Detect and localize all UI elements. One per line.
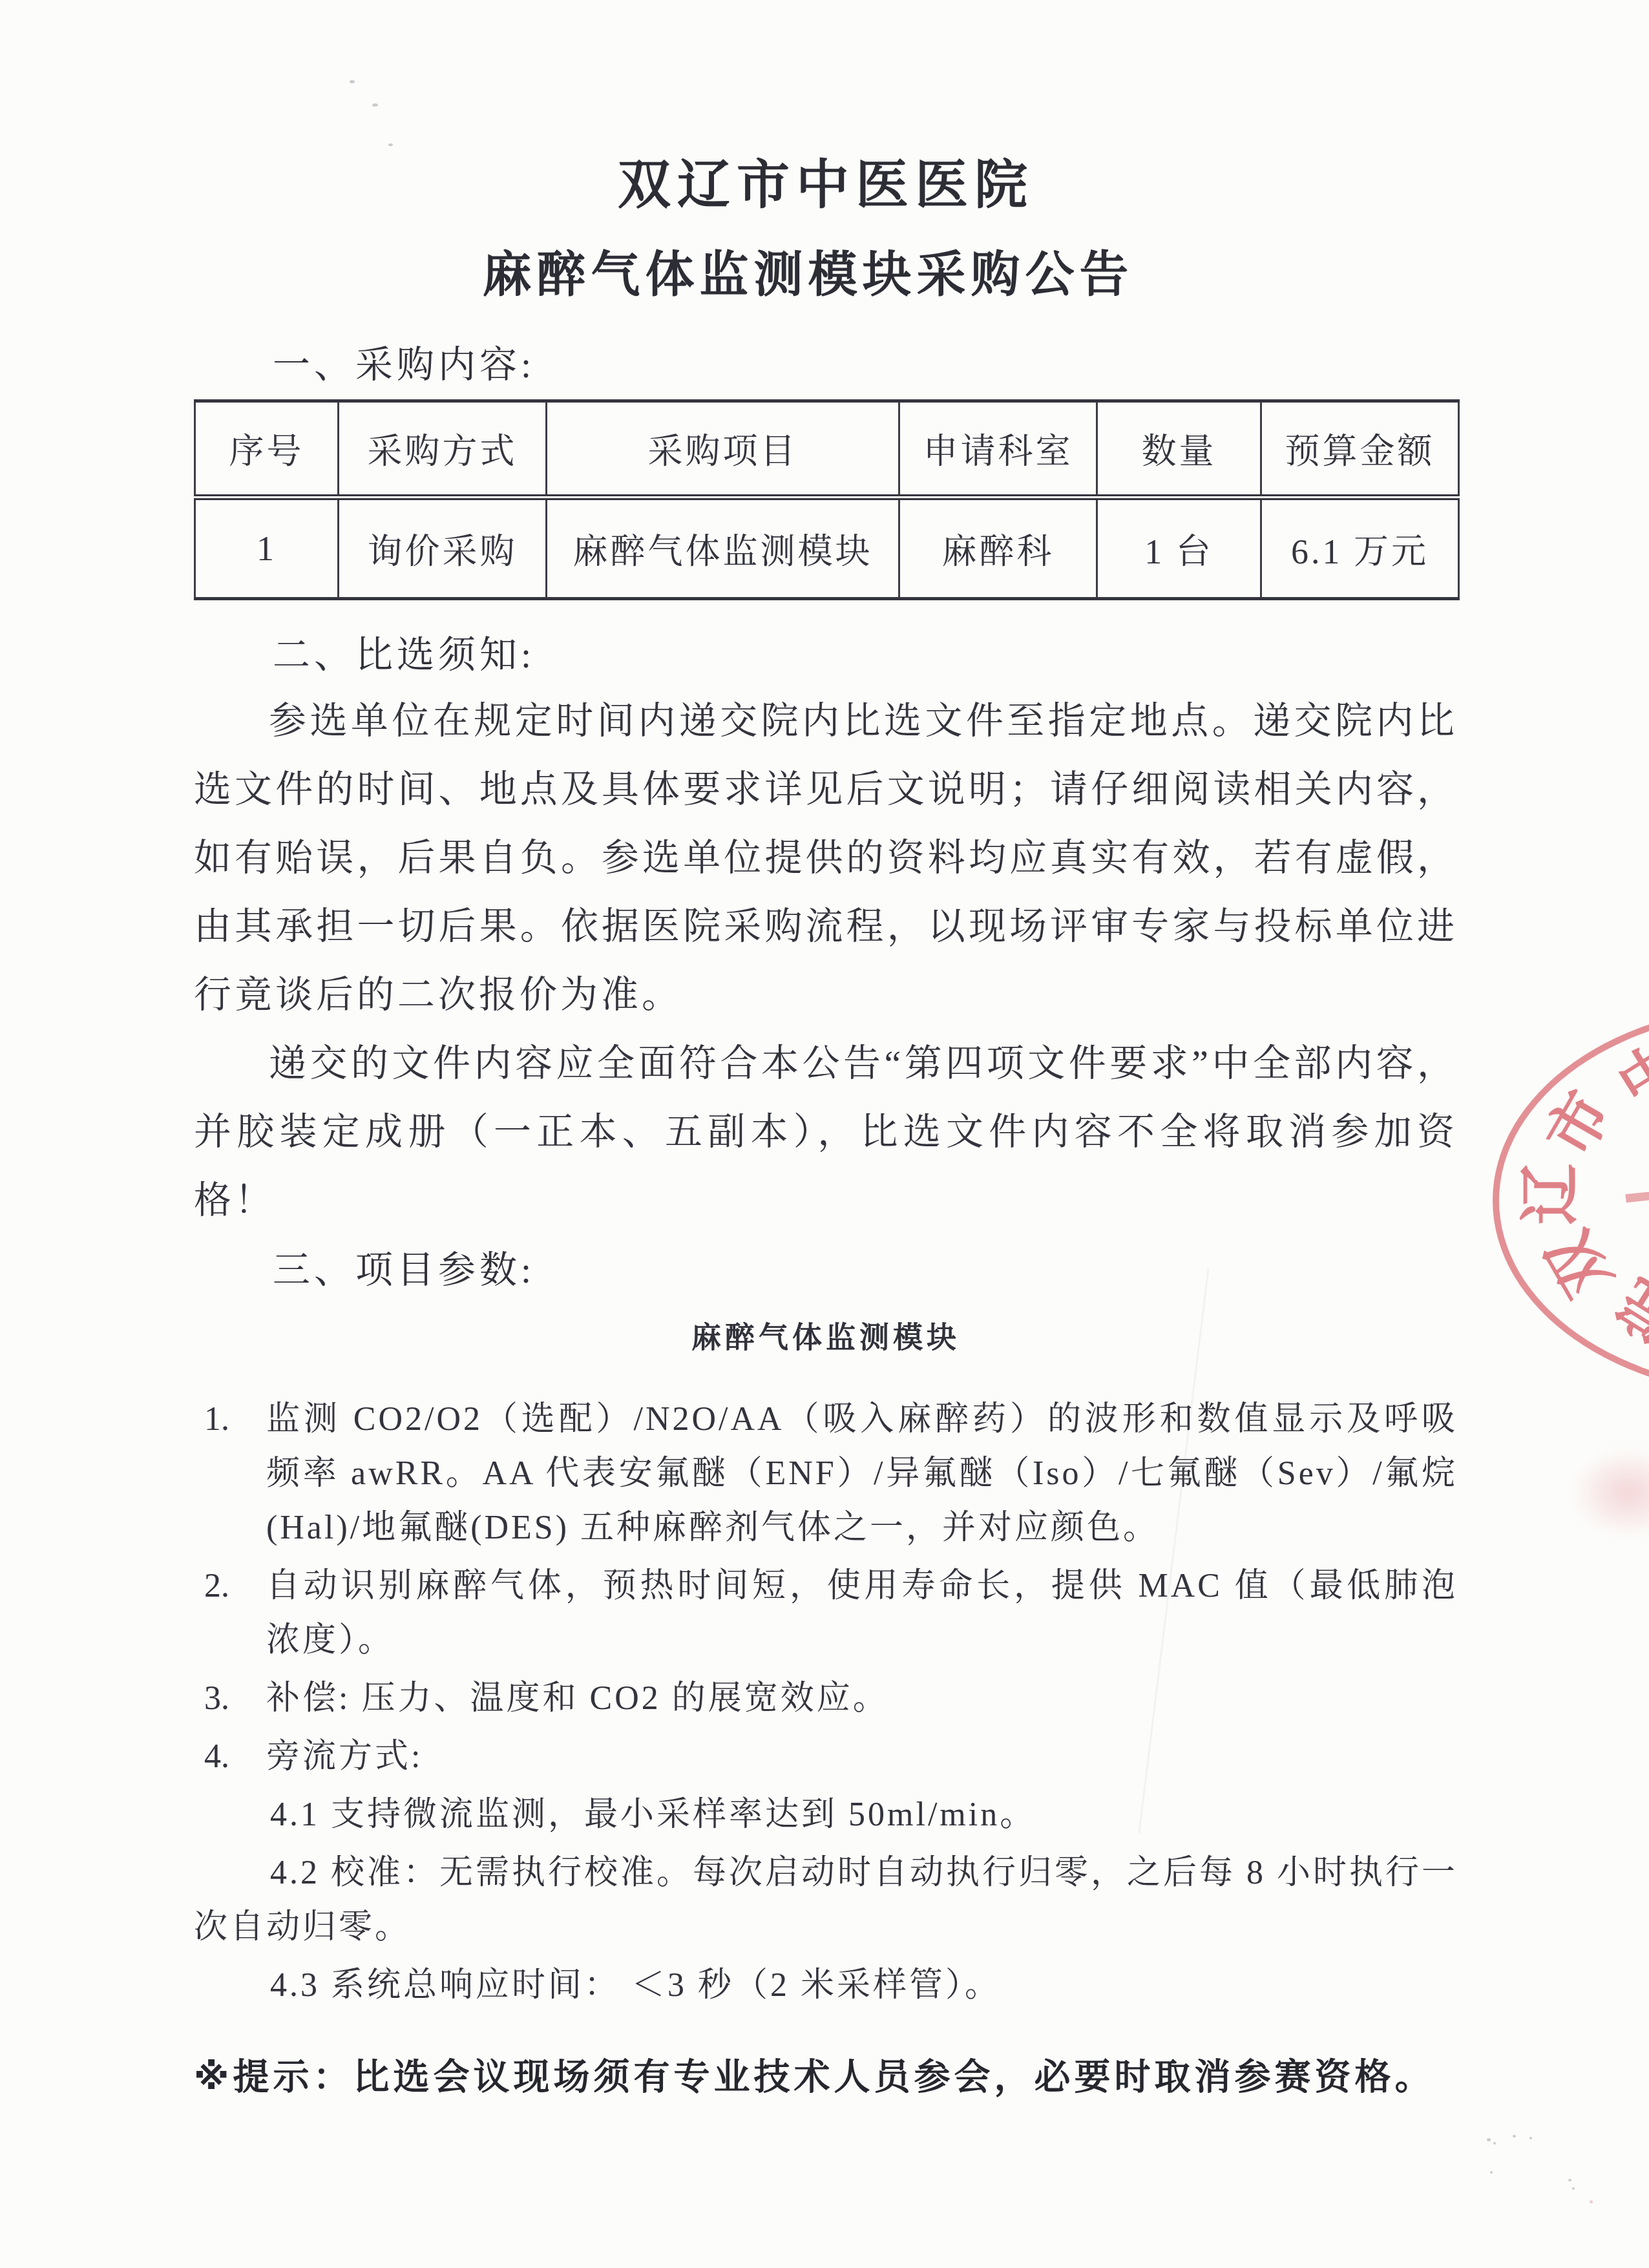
scan-speck [1590, 2200, 1593, 2203]
col-header-index: 序号 [195, 401, 339, 498]
table-row: 1 询价采购 麻醉气体监测模块 麻醉科 1 台 6.1 万元 [195, 498, 1459, 599]
col-header-method: 采购方式 [339, 401, 547, 498]
col-header-department: 申请科室 [899, 401, 1097, 498]
list-item: 4. 旁流方式: [194, 1730, 1458, 1784]
scan-speck [372, 103, 378, 107]
doc-title-line2: 麻醉气体监测模块采购公告 [194, 246, 1458, 305]
section-heading-procurement: 一、采购内容: [194, 342, 1458, 388]
list-item-text: 自动识别麻醉气体，预热时间短，使用寿命长，提供 MAC 值（最低肺泡浓度）。 [266, 1568, 1458, 1659]
scan-speck [1572, 2187, 1575, 2190]
list-item: 1. 监测 CO2/O2（选配）/N2O/AA（吸入麻醉药）的波形和数值显示及呼… [194, 1392, 1458, 1555]
seal-char: 市 [1526, 1071, 1632, 1177]
cell-project: 麻醉气体监测模块 [547, 498, 899, 599]
scanned-document-page: 双辽市中医医院 麻醉气体监测模块采购公告 一、采购内容: 序号 采购方式 采购项… [0, 0, 1649, 2268]
scan-speck [350, 80, 355, 83]
sub-item-4-3: 4.3 系统总响应时间： ＜3 秒（2 米采样管）。 [194, 1958, 1458, 2013]
list-item-number: 2. [204, 1559, 229, 1613]
parameters-subtitle: 麻醉气体监测模块 [194, 1314, 1458, 1356]
cell-department: 麻醉科 [899, 498, 1097, 599]
cell-index: 1 [195, 498, 339, 599]
procurement-table: 序号 采购方式 采购项目 申请科室 数量 预算金额 1 询价采购 麻醉气体监测模… [194, 399, 1460, 600]
col-header-project: 采购项目 [547, 401, 899, 498]
scan-speck [1493, 2142, 1496, 2145]
list-item: 2. 自动识别麻醉气体，预热时间短，使用寿命长，提供 MAC 值（最低肺泡浓度）… [194, 1559, 1458, 1668]
scan-speck [1490, 2171, 1493, 2174]
cell-budget: 6.1 万元 [1261, 498, 1459, 599]
seal-fragment [1625, 1192, 1649, 1202]
doc-title-line1: 双辽市中医医院 [194, 154, 1458, 217]
seal-char: 中 [1597, 1023, 1649, 1129]
sub-item-4-1: 4.1 支持微流监测，最小采样率达到 50ml/min。 [194, 1788, 1458, 1842]
list-item-number: 1. [204, 1392, 229, 1447]
scan-speck [1529, 2137, 1532, 2139]
col-header-quantity: 数量 [1097, 401, 1261, 498]
scan-speck [1487, 2138, 1491, 2141]
notice-paragraph-1: 参选单位在规定时间内递交院内比选文件至指定地点。递交院内比选文件的时间、地点及具… [194, 687, 1458, 1029]
scan-speck [1568, 2179, 1571, 2181]
important-note: ※提示：比选会议现场须有专业技术人员参会，必要时取消参赛资格。 [194, 2053, 1458, 2101]
cell-method: 询价采购 [339, 498, 547, 599]
list-item-text: 旁流方式: [266, 1738, 423, 1775]
section-heading-notice: 二、比选须知: [194, 633, 1458, 678]
scan-speck [1513, 2135, 1516, 2137]
parameters-list: 1. 监测 CO2/O2（选配）/N2O/AA（吸入麻醉药）的波形和数值显示及呼… [194, 1392, 1458, 2013]
seal-char: 辽 [1512, 1155, 1590, 1233]
cell-quantity: 1 台 [1097, 498, 1261, 599]
scan-speck [388, 143, 393, 146]
col-header-budget: 预算金额 [1261, 401, 1459, 498]
seal-ring [1493, 1005, 1649, 1396]
sub-item-4-2: 4.2 校准：无需执行校准。每次启动时自动执行归零，之后每 8 小时执行一次自动… [194, 1846, 1458, 1955]
list-item-number: 3. [204, 1672, 229, 1726]
document-body: 双辽市中医医院 麻醉气体监测模块采购公告 一、采购内容: 序号 采购方式 采购项… [194, 0, 1458, 2101]
notice-paragraph-2: 递交的文件内容应全面符合本公告“第四项文件要求”中全部内容，并胶装定成册（一正本… [194, 1029, 1458, 1235]
list-item-number: 4. [204, 1730, 229, 1784]
seal-char: 双 [1526, 1211, 1632, 1317]
list-item-text: 补偿: 压力、温度和 CO2 的展宽效应。 [266, 1680, 889, 1717]
seal-ink-smudge [1570, 1447, 1649, 1538]
section-heading-parameters: 三、项目参数: [194, 1248, 1458, 1293]
seal-char: 院 [1597, 1258, 1649, 1365]
list-item: 3. 补偿: 压力、温度和 CO2 的展宽效应。 [194, 1672, 1458, 1726]
list-item-text: 监测 CO2/O2（选配）/N2O/AA（吸入麻醉药）的波形和数值显示及呼吸频率… [266, 1401, 1458, 1546]
table-header-row: 序号 采购方式 采购项目 申请科室 数量 预算金额 [195, 401, 1459, 498]
